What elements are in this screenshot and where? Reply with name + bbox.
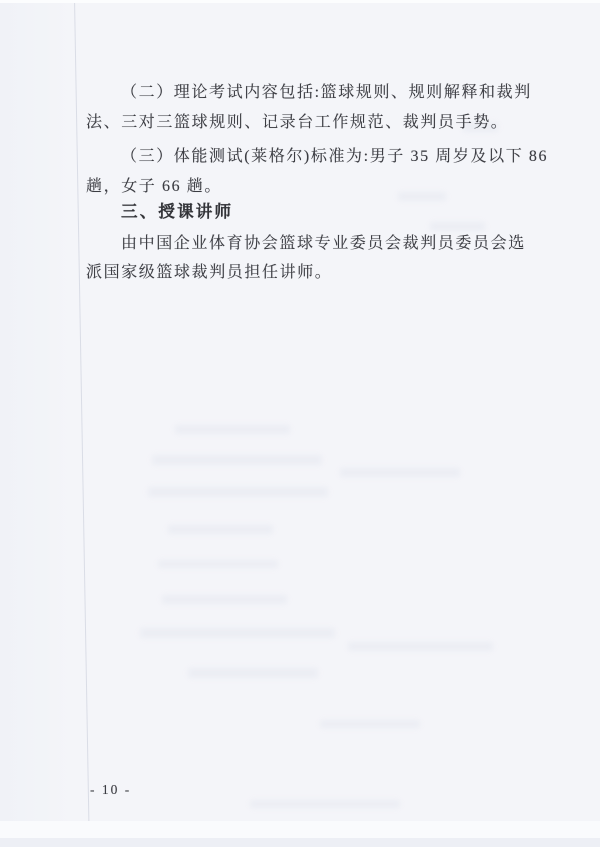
section-heading-lecturers: 三、授课讲师 <box>86 198 512 228</box>
section-heading-text: 三、授课讲师 <box>86 198 512 228</box>
scan-left-margin-shade <box>0 0 74 847</box>
scan-bottom-edge <box>0 838 600 847</box>
text-line: 派国家级篮球裁判员担任讲师。 <box>86 258 512 288</box>
scanned-document-page: （二）理论考试内容包括:篮球规则、规则解释和裁判 法、三对三篮球规则、记录台工作… <box>0 0 600 847</box>
paragraph-lecturer-assignment: 由中国企业体育协会篮球专业委员会裁判员委员会选 派国家级篮球裁判员担任讲师。 <box>86 229 512 288</box>
text-line: 由中国企业体育协会篮球专业委员会裁判员委员会选 <box>86 229 512 259</box>
text-line: （二）理论考试内容包括:篮球规则、规则解释和裁判 <box>86 78 512 108</box>
text-line: 趟，女子 66 趟。 <box>86 172 512 202</box>
text-line: （三）体能测试(莱格尔)标准为:男子 35 周岁及以下 86 <box>86 142 512 172</box>
text-line: 法、三对三篮球规则、记录台工作规范、裁判员手势。 <box>86 108 512 138</box>
paragraph-fitness-test: （三）体能测试(莱格尔)标准为:男子 35 周岁及以下 86 趟，女子 66 趟… <box>86 142 512 201</box>
scan-top-edge <box>0 0 600 3</box>
scan-bottom-light-band <box>0 821 600 838</box>
page-number: - 10 - <box>90 782 131 798</box>
document-body: （二）理论考试内容包括:篮球规则、规则解释和裁判 法、三对三篮球规则、记录台工作… <box>86 78 512 288</box>
paragraph-theory-exam: （二）理论考试内容包括:篮球规则、规则解释和裁判 法、三对三篮球规则、记录台工作… <box>86 78 512 137</box>
